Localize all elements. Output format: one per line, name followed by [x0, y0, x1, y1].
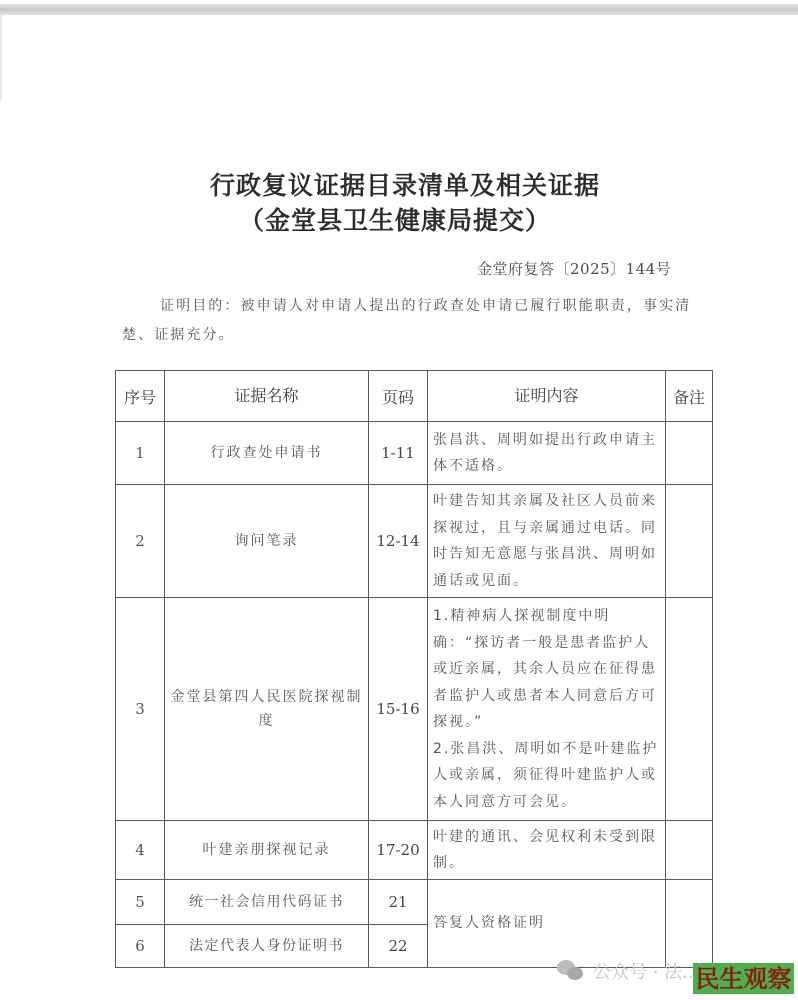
row-page: 17-20: [369, 821, 428, 880]
header-no: 序号: [116, 371, 165, 422]
document-number: 金堂府复答〔2025〕144号: [477, 258, 671, 279]
row-name: 叶建亲朋探视记录: [165, 821, 369, 880]
wechat-icon: [557, 960, 587, 982]
table-row: 4 叶建亲朋探视记录 17-20 叶建的通讯、会见权利未受到限制。: [116, 821, 713, 880]
row-remark: [666, 821, 713, 880]
row-no: 6: [116, 925, 165, 968]
row-page: 21: [369, 880, 428, 925]
row-remark: [666, 422, 713, 485]
row-content-merged: 答复人资格证明: [428, 880, 666, 968]
row-name: 询问笔录: [165, 485, 369, 598]
row-no: 3: [116, 598, 165, 821]
row-no: 4: [116, 821, 165, 880]
table-row: 3 金堂县第四人民医院探视制度 15-16 1.精神病人探视制度中明确：“探访者…: [116, 598, 713, 821]
row-remark-merged: [666, 880, 713, 968]
content-point-2: 2.张昌洪、周明如不是叶建监护人或亲属，须征得叶建监护人或本人同意方可会见。: [433, 736, 665, 816]
header-remark: 备注: [666, 371, 713, 422]
header-name: 证据名称: [165, 371, 369, 422]
row-page: 22: [369, 925, 428, 968]
table-header-row: 序号 证据名称 页码 证明内容 备注: [116, 371, 713, 422]
row-no: 1: [116, 422, 165, 485]
brand-badge: 民生观察: [693, 963, 794, 994]
row-name: 行政查处申请书: [165, 422, 369, 485]
row-content: 1.精神病人探视制度中明确：“探访者一般是患者监护人或近亲属，其余人员应在征得患…: [428, 598, 666, 821]
table-row: 1 行政查处申请书 1-11 张昌洪、周明如提出行政申请主体不适格。: [116, 422, 713, 485]
row-content: 叶建的通讯、会见权利未受到限制。: [428, 821, 666, 880]
row-page: 12-14: [369, 485, 428, 598]
row-no: 5: [116, 880, 165, 925]
content-point-1: 1.精神病人探视制度中明确：“探访者一般是患者监护人或近亲属，其余人员应在征得患…: [433, 603, 665, 736]
row-name: 金堂县第四人民医院探视制度: [165, 598, 369, 821]
header-content: 证明内容: [428, 371, 666, 422]
table-row: 2 询问笔录 12-14 叶建告知其亲属及社区人员前来探视过，且与亲属通过电话。…: [116, 485, 713, 598]
row-name: 法定代表人身份证明书: [165, 925, 369, 968]
scan-top-edge: [0, 4, 798, 15]
evidence-table: 序号 证据名称 页码 证明内容 备注 1 行政查处申请书 1-11 张昌洪、周明…: [115, 370, 713, 968]
row-page: 15-16: [369, 598, 428, 821]
wechat-watermark: 公众号 · 法...: [557, 958, 699, 984]
row-content: 张昌洪、周明如提出行政申请主体不适格。: [428, 422, 666, 485]
row-remark: [666, 485, 713, 598]
proof-purpose: 证明目的：被申请人对申请人提出的行政查处申请已履行职能职责，事实清楚、证据充分。: [122, 292, 697, 350]
row-content: 叶建告知其亲属及社区人员前来探视过，且与亲属通过电话。同时告知无意愿与张昌洪、周…: [428, 485, 666, 598]
row-remark: [666, 598, 713, 821]
row-page: 1-11: [369, 422, 428, 485]
table-row: 5 统一社会信用代码证书 21 答复人资格证明: [116, 880, 713, 925]
row-no: 2: [116, 485, 165, 598]
row-name: 统一社会信用代码证书: [165, 880, 369, 925]
watermark-text: 公众号 · 法...: [593, 958, 699, 984]
document-title: 行政复议证据目录清单及相关证据: [6, 166, 798, 202]
scan-left-edge: [0, 15, 2, 100]
header-page: 页码: [369, 371, 428, 422]
document-subtitle: （金堂县卫生健康局提交）: [0, 201, 794, 237]
